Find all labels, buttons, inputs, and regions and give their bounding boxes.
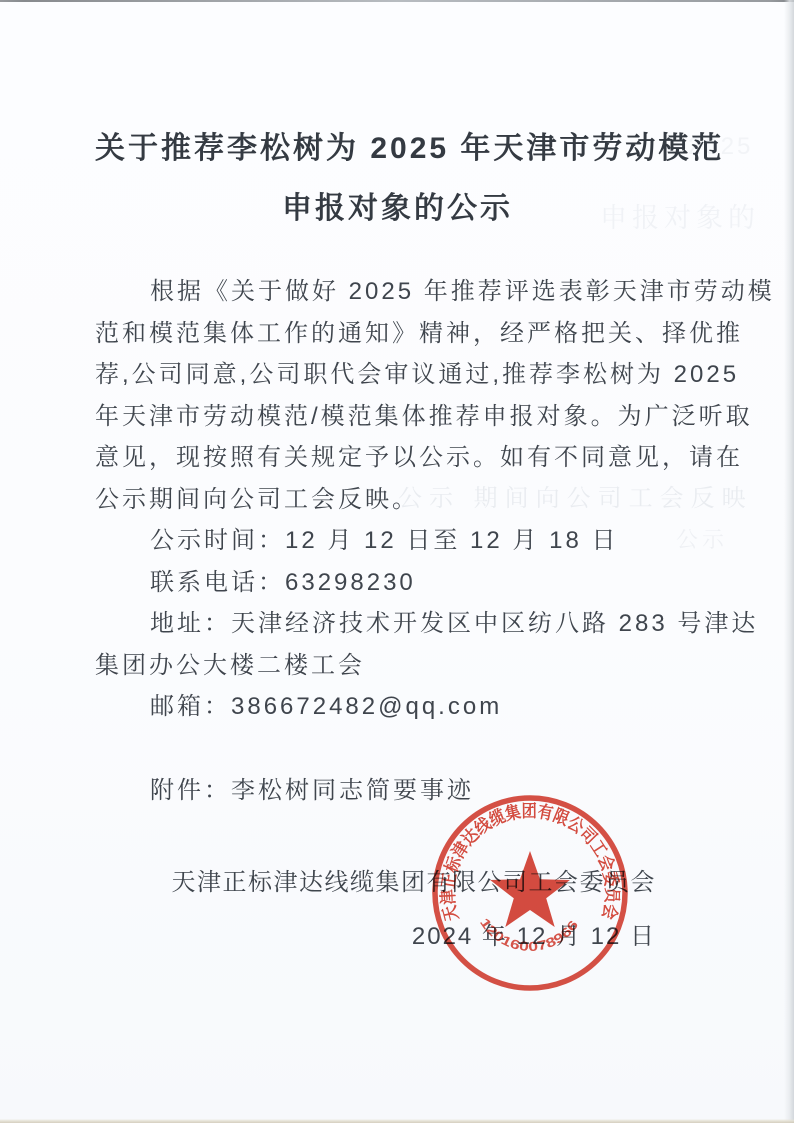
document-title-line1: 关于推荐李松树为 2025 年天津市劳动模范 [95,132,700,166]
attachment-line: 附件：李松树同志简要事迹 [95,770,700,812]
scan-edge-top [0,0,794,2]
contact-phone-line: 联系电话：63298230 [95,562,700,604]
body-line: 范和模范集体工作的通知》精神，经严格把关、择优推 [95,313,700,355]
scanned-document-page: 2025 申报对象的 公示 期间向公司工会反映 公示 关于推荐李松树为 2025… [0,0,794,1123]
address-line-1: 地址：天津经济技术开发区中区纺八路 283 号津达 [95,603,700,645]
address-line-2: 集团办公大楼二楼工会 [95,645,700,687]
document-title-line2: 申报对象的公示 [95,192,700,226]
body-line: 年天津市劳动模范/模范集体推荐申报对象。为广泛听取 [95,396,700,438]
signing-organization: 天津正标津达线缆集团有限公司工会委员会 [95,862,656,904]
document-body: 根据《关于做好 2025 年推荐评选表彰天津市劳动模 范和模范集体工作的通知》精… [95,271,700,811]
signature-date: 2024 年 12 月 12 日 [95,916,656,958]
scan-edge-right [784,0,794,1123]
contact-email-line: 邮箱：386672482@qq.com [95,686,700,728]
body-line: 公示期间向公司工会反映。 [95,479,700,521]
body-line: 意见，现按照有关规定予以公示。如有不同意见，请在 [95,437,700,479]
publicity-period-line: 公示时间：12 月 12 日至 12 月 18 日 [95,520,700,562]
signature-block: 天津正标津达线缆集团有限公司工会委员会 2024 年 12 月 12 日 [95,862,700,957]
scan-edge-bottom [0,1119,794,1123]
body-line: 根据《关于做好 2025 年推荐评选表彰天津市劳动模 [95,271,700,313]
body-line: 荐,公司同意,公司职代会审议通过,推荐李松树为 2025 [95,354,700,396]
